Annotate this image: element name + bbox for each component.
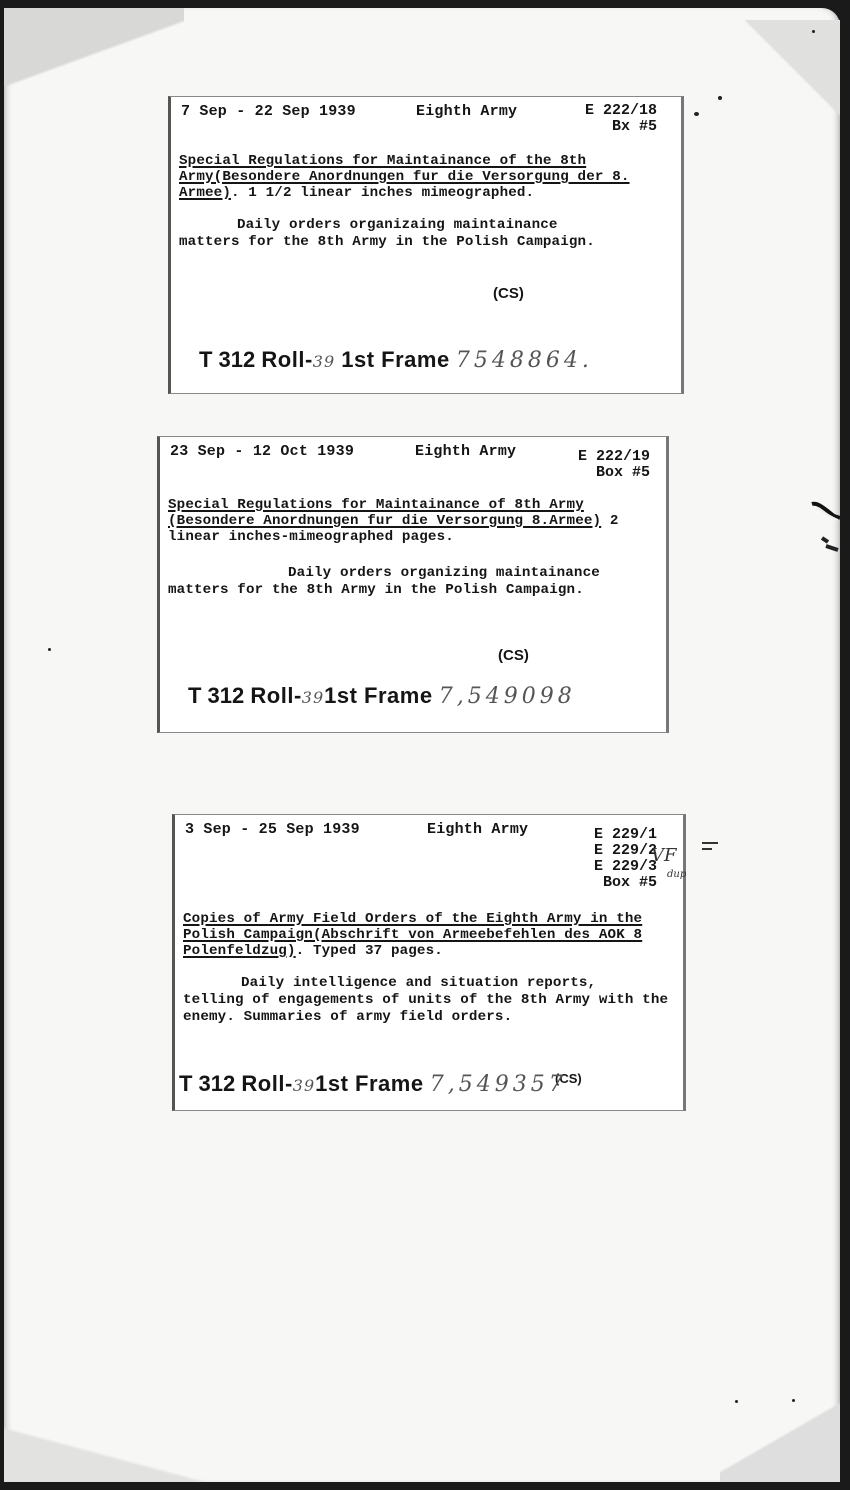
handwritten-frame: 7,549357 [430,1072,567,1097]
catalog-card: 7 Sep - 22 Sep 1939 Eighth Army E 222/18… [168,96,684,394]
record-title: Special Regulations for Maintainance of … [179,153,675,201]
scan-speck [718,96,722,100]
scan-speck [792,1399,795,1402]
entry-references: E 222/19 Box #5 [578,449,650,481]
record-description: Daily orders organizaing maintainance ma… [179,217,675,251]
catalog-card: 3 Sep - 25 Sep 1939 Eighth Army E 229/1 … [172,814,686,1111]
margin-mark [702,842,718,854]
record-extent: . 1 1/2 linear inches mimeographed. [231,185,534,201]
box-ref: Box #5 [578,465,650,481]
microfilm-reference: T 312 Roll-391st Frame 7,549357 [179,1071,567,1097]
entry-ref: E 222/19 [578,449,650,465]
handwritten-roll: 39 [302,688,324,707]
scan-speck [48,648,51,651]
scan-speck [694,112,699,116]
classification-mark: (CS) [498,647,529,664]
handwritten-roll: 39 [313,352,335,371]
date-range: 7 Sep - 22 Sep 1939 [181,103,356,120]
record-description: Daily orders organizing maintainance mat… [168,565,660,599]
entry-ref: E 229/1 [594,827,657,843]
record-title-underlined: Special Regulations for Maintainance of … [168,497,601,529]
catalog-card: 23 Sep - 12 Oct 1939 Eighth Army E 222/1… [157,436,669,733]
scan-speck [812,30,815,33]
handwritten-frame: 7548864. [456,348,593,373]
unit-name: Eighth Army [427,821,528,838]
record-title: Special Regulations for Maintainance of … [168,497,660,545]
handwritten-annotation: VF [651,845,677,866]
date-range: 3 Sep - 25 Sep 1939 [185,821,360,838]
handwritten-roll: 39 [293,1076,315,1095]
classification-mark: (CS) [493,285,524,302]
microfilm-reference: T 312 Roll-39 1st Frame 7548864. [199,347,593,373]
unit-name: Eighth Army [415,443,516,460]
entry-ref: E 229/3 [594,859,657,875]
entry-ref: E 222/18 [585,103,657,119]
record-description: Daily intelligence and situation reports… [183,975,677,1026]
microfilm-reference: T 312 Roll-391st Frame 7,549098 [188,683,576,709]
scan-speck [735,1400,738,1403]
box-ref: Bx #5 [585,119,657,135]
record-title: Copies of Army Field Orders of the Eight… [183,911,677,959]
handwritten-frame: 7,549098 [439,684,576,709]
handwritten-annotation: dup [667,869,686,880]
unit-name: Eighth Army [416,103,517,120]
entry-references: E 229/1 E 229/2 E 229/3 Box #5 [594,827,657,891]
entry-ref: E 229/2 [594,843,657,859]
record-extent: . Typed 37 pages. [296,943,443,959]
date-range: 23 Sep - 12 Oct 1939 [170,443,354,460]
box-ref: Box #5 [594,875,657,891]
entry-references: E 222/18 Bx #5 [585,103,657,135]
